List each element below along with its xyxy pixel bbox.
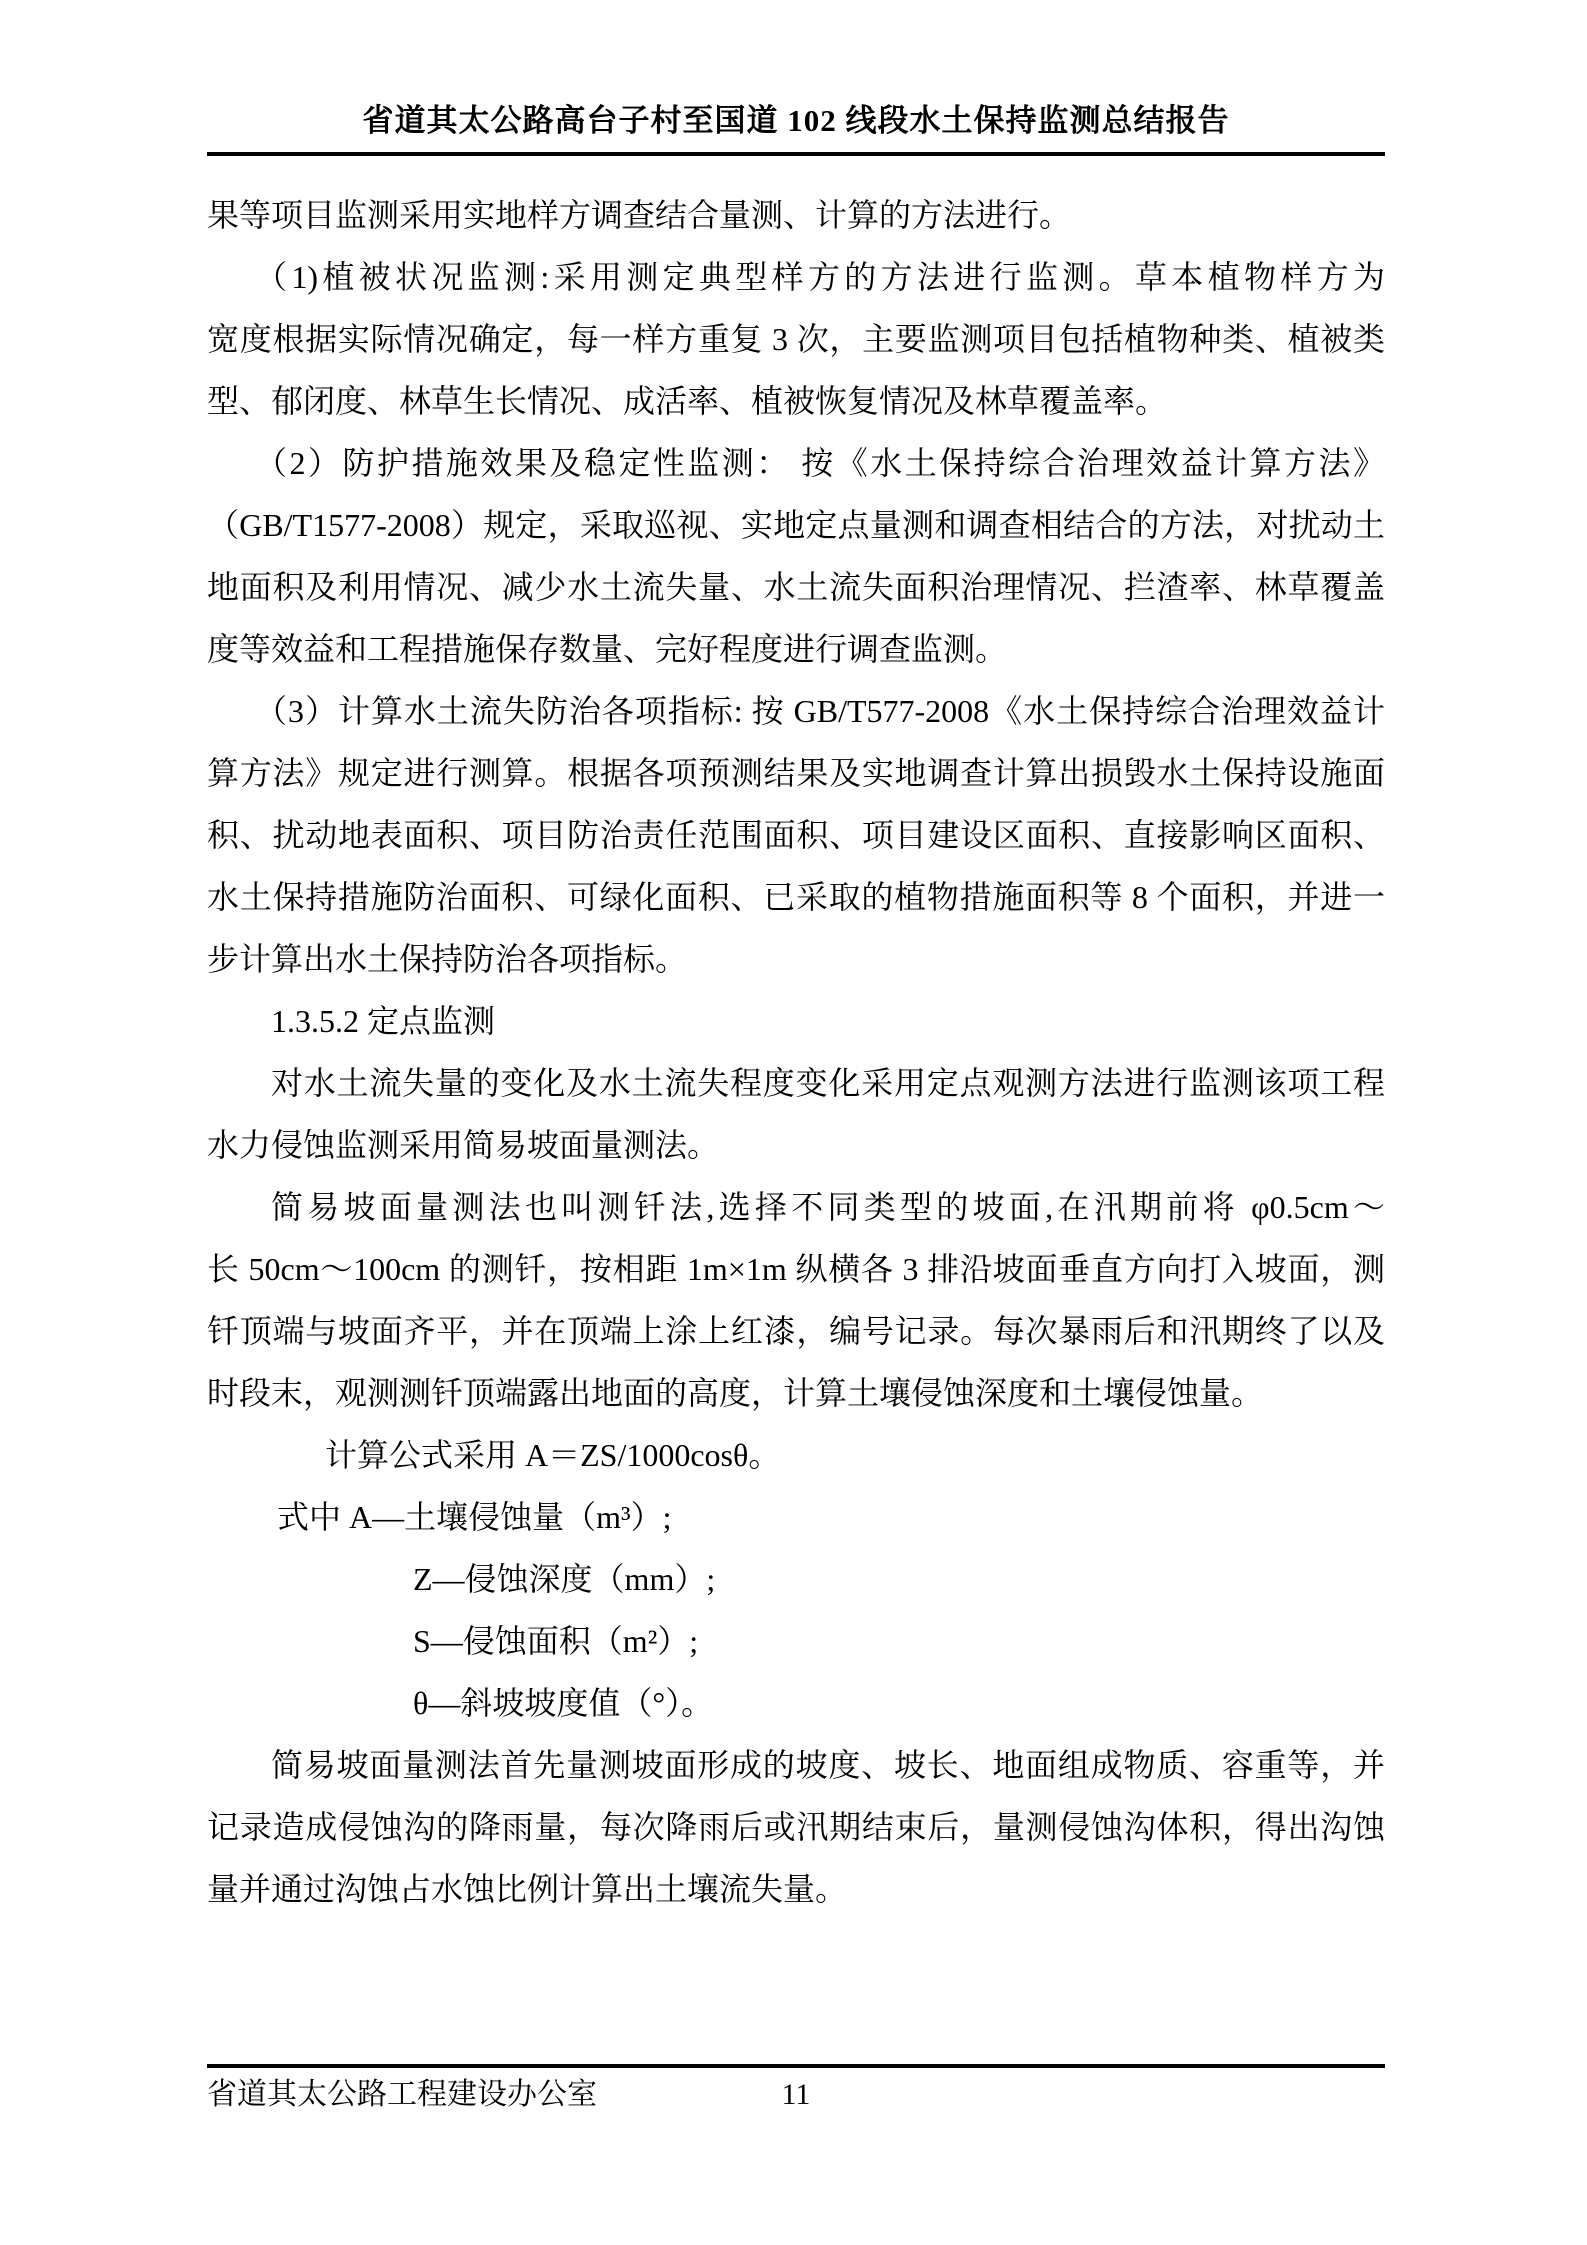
document-body: 果等项目监测采用实地样方调查结合量测、计算的方法进行。（1)植被状况监测:采用测… (207, 184, 1385, 1920)
body-line: 时段末，观测测钎顶端露出地面的高度，计算土壤侵蚀深度和土壤侵蚀量。 (207, 1362, 1385, 1424)
body-line: 简易坡面量测法首先量测坡面形成的坡度、坡长、地面组成物质、容重等，并 (207, 1734, 1385, 1796)
body-line: S—侵蚀面积（m²）; (207, 1610, 1385, 1672)
body-line: 水土保持措施防治面积、可绿化面积、已采取的植物措施面积等 8 个面积，并进一 (207, 866, 1385, 928)
body-line: 1.3.5.2 定点监测 (207, 990, 1385, 1052)
body-line: 水力侵蚀监测采用简易坡面量测法。 (207, 1114, 1385, 1176)
body-line: 果等项目监测采用实地样方调查结合量测、计算的方法进行。 (207, 184, 1385, 246)
body-line: 计算公式采用 A＝ZS/1000cosθ。 (207, 1424, 1385, 1486)
header-title: 省道其太公路高台子村至国道 102 线段水土保持监测总结报告 (207, 0, 1385, 144)
body-line: 式中 A—土壤侵蚀量（m³）; (207, 1486, 1385, 1548)
body-line: θ—斜坡坡度值（°）。 (207, 1672, 1385, 1734)
footer-rule (207, 2064, 1385, 2068)
document-header: 省道其太公路高台子村至国道 102 线段水土保持监测总结报告 (207, 0, 1385, 156)
document-footer: 省道其太公路工程建设办公室 11 (207, 2070, 1385, 2120)
page-number: 11 (207, 2070, 1385, 2120)
body-line: 简易坡面量测法也叫测钎法,选择不同类型的坡面,在汛期前将 φ0.5cm～φ1.0… (207, 1176, 1385, 1238)
body-line: 钎顶端与坡面齐平，并在顶端上涂上红漆，编号记录。每次暴雨后和汛期终了以及 (207, 1300, 1385, 1362)
body-line: 度等效益和工程措施保存数量、完好程度进行调查监测。 (207, 618, 1385, 680)
body-line: 积、扰动地表面积、项目防治责任范围面积、项目建设区面积、直接影响区面积、 (207, 804, 1385, 866)
body-line: （GB/T1577-2008）规定，采取巡视、实地定点量测和调查相结合的方法，对… (207, 494, 1385, 556)
body-line: Z—侵蚀深度（mm）; (207, 1548, 1385, 1610)
body-line: （2）防护措施效果及稳定性监测： 按《水土保持综合治理效益计算方法》 (207, 432, 1385, 494)
header-rule (207, 152, 1385, 156)
document-page: 省道其太公路高台子村至国道 102 线段水土保持监测总结报告 果等项目监测采用实… (0, 0, 1587, 2245)
body-line: 型、郁闭度、林草生长情况、成活率、植被恢复情况及林草覆盖率。 (207, 370, 1385, 432)
body-line: （1)植被状况监测:采用测定典型样方的方法进行监测。草本植物样方为 1m×1m， (207, 246, 1385, 308)
body-line: 量并通过沟蚀占水蚀比例计算出土壤流失量。 (207, 1858, 1385, 1920)
body-line: 记录造成侵蚀沟的降雨量，每次降雨后或汛期结束后，量测侵蚀沟体积，得出沟蚀 (207, 1796, 1385, 1858)
body-line: 地面积及利用情况、减少水土流失量、水土流失面积治理情况、拦渣率、林草覆盖 (207, 556, 1385, 618)
body-line: 长 50cm～100cm 的测钎，按相距 1m×1m 纵横各 3 排沿坡面垂直方… (207, 1238, 1385, 1300)
body-line: 算方法》规定进行测算。根据各项预测结果及实地调查计算出损毁水土保持设施面 (207, 742, 1385, 804)
body-line: （3）计算水土流失防治各项指标: 按 GB/T577-2008《水土保持综合治理… (207, 680, 1385, 742)
body-line: 宽度根据实际情况确定，每一样方重复 3 次，主要监测项目包括植物种类、植被类 (207, 308, 1385, 370)
body-line: 步计算出水土保持防治各项指标。 (207, 928, 1385, 990)
body-line: 对水土流失量的变化及水土流失程度变化采用定点观测方法进行监测该项工程 (207, 1052, 1385, 1114)
